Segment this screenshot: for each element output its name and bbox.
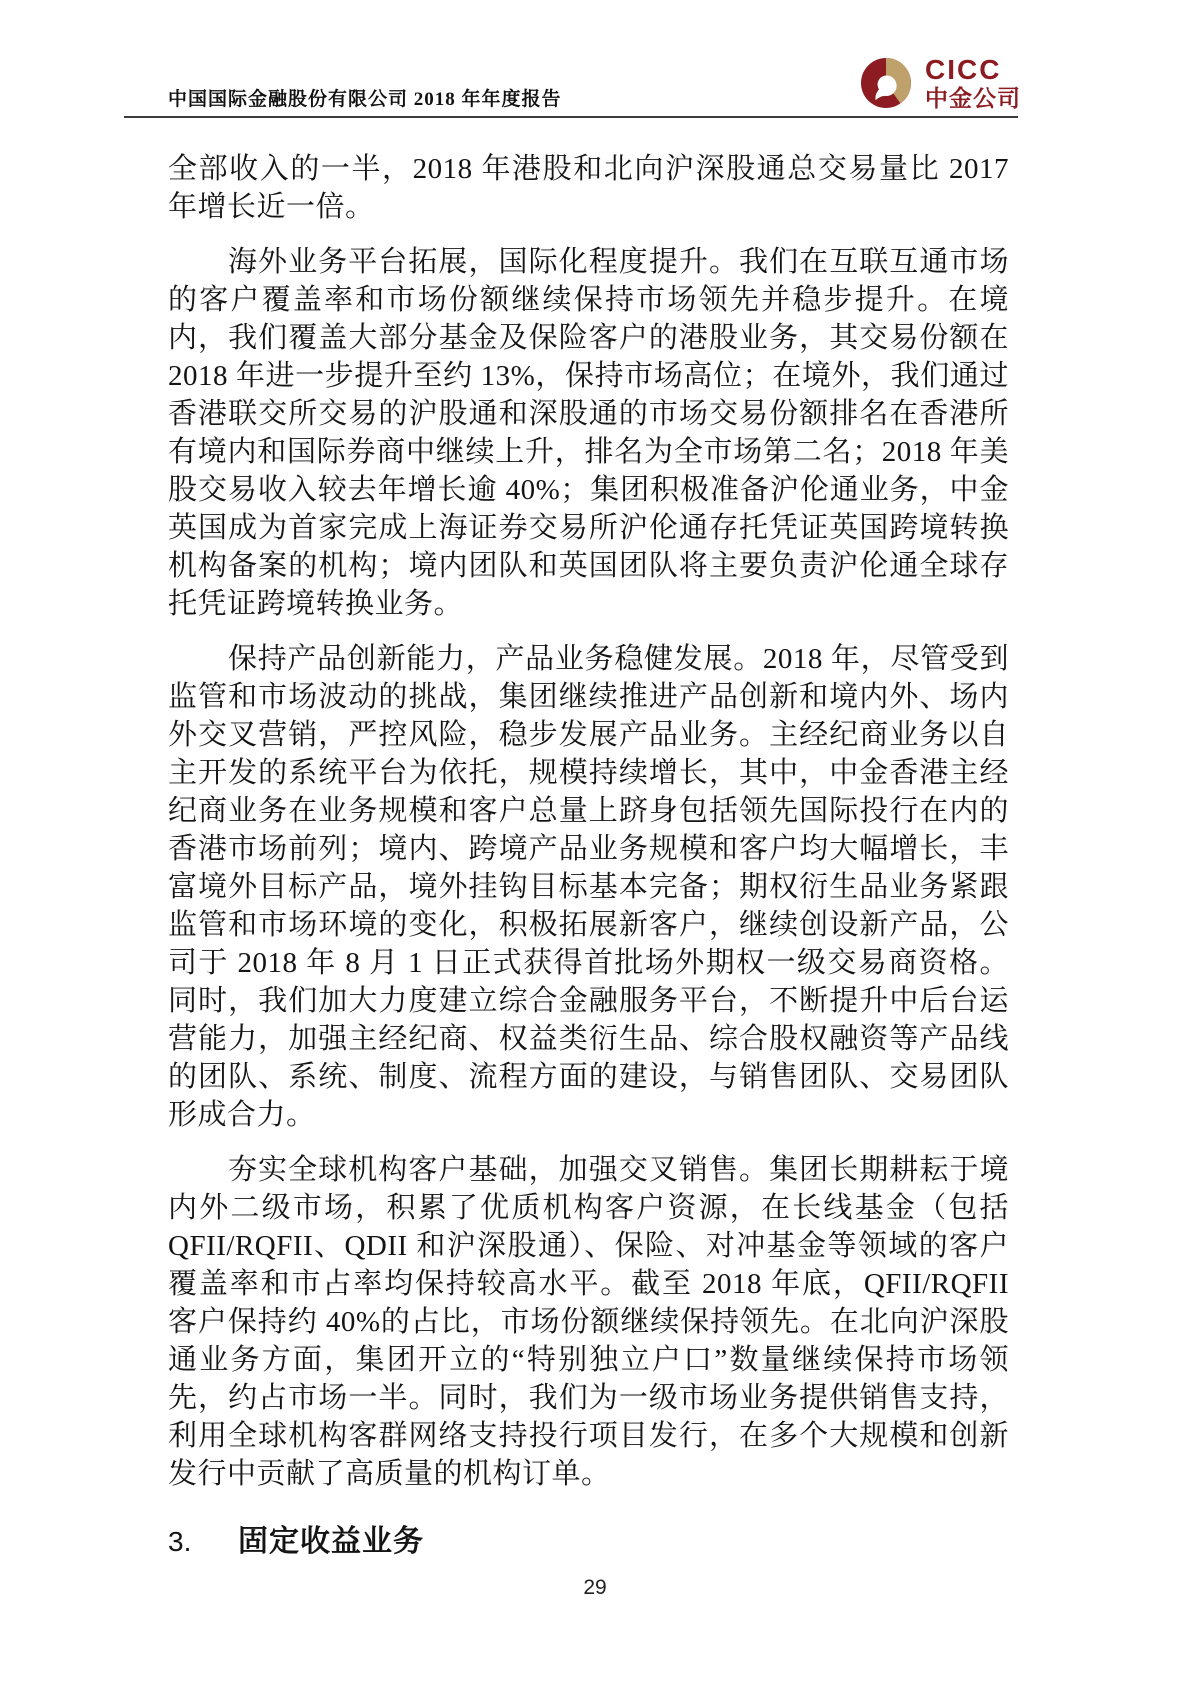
paragraph-institutional-clients: 夯实全球机构客户基础，加强交叉销售。集团长期耕耘于境内外二级市场，积累了优质机构… <box>168 1151 1009 1493</box>
header-divider <box>124 116 1018 118</box>
logo-wordmark-en: CICC <box>925 56 1021 84</box>
report-title: 中国国际金融股份有限公司 2018 年年度报告 <box>168 84 562 111</box>
paragraph-overseas-platform: 海外业务平台拓展，国际化程度提升。我们在互联互通市场的客户覆盖率和市场份额继续保… <box>168 243 1009 623</box>
section-heading: 3. 固定收益业务 <box>168 1523 1009 1561</box>
page-number: 29 <box>0 1576 1190 1600</box>
logo-wordmark-zh: 中金公司 <box>925 87 1021 110</box>
section-heading-number: 3. <box>168 1523 238 1561</box>
section-heading-title: 固定收益业务 <box>238 1523 424 1561</box>
paragraph-continuation: 全部收入的一半，2018 年港股和北向沪深股通总交易量比 2017 年增长近一倍… <box>168 150 1009 226</box>
page-content: 全部收入的一半，2018 年港股和北向沪深股通总交易量比 2017 年增长近一倍… <box>168 150 1009 1561</box>
paragraph-product-innovation: 保持产品创新能力，产品业务稳健发展。2018 年，尽管受到监管和市场波动的挑战，… <box>168 640 1009 1134</box>
cicc-logo-mark-icon <box>861 58 911 108</box>
cicc-logo: CICC 中金公司 <box>861 56 1021 110</box>
